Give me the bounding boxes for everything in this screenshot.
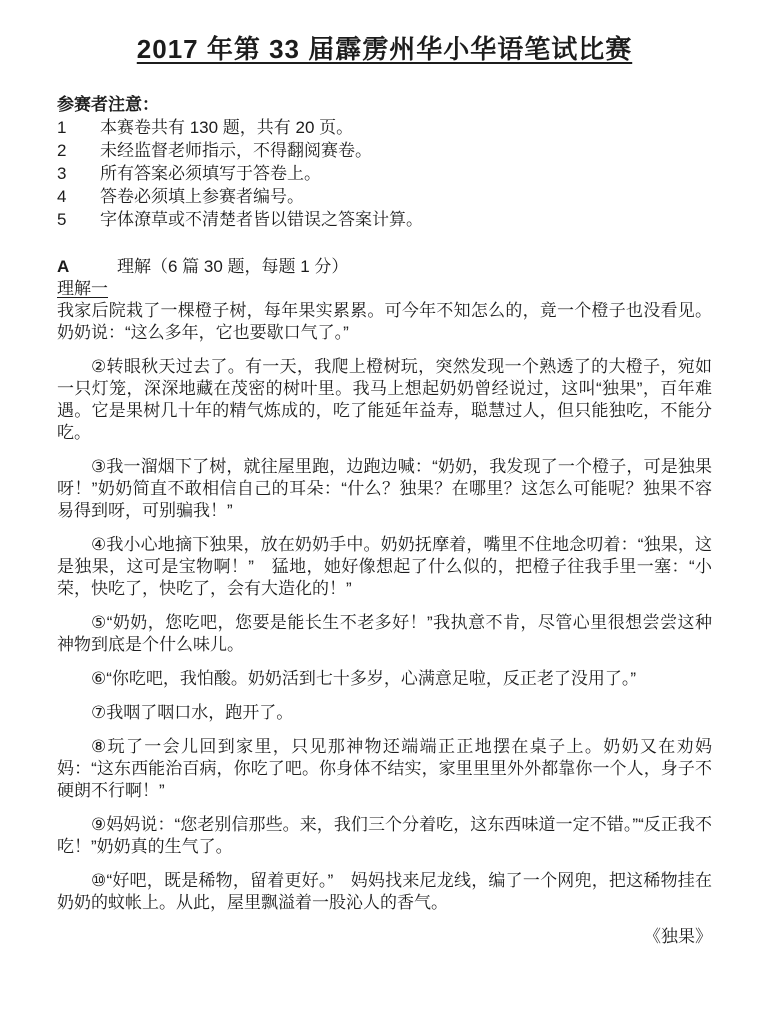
passage-paragraph: ⑩“好吧，既是稀物，留着更好。” 妈妈找来尼龙线，编了一个网兜，把这稀物挂在奶奶… xyxy=(57,870,712,914)
notes-header: 参赛者注意： xyxy=(57,94,712,116)
passage-paragraph: ④我小心地摘下独果，放在奶奶手中。奶奶抚摩着，嘴里不住地念叨着：“独果，这是独果… xyxy=(57,534,712,600)
passage-paragraph: ⑧玩了一会儿回到家里，只见那神物还端端正正地摆在桌子上。奶奶又在劝妈妈：“这东西… xyxy=(57,736,712,802)
note-number: 2 xyxy=(57,139,100,162)
note-text: 未经监督老师指示，不得翻阅赛卷。 xyxy=(100,139,712,162)
note-text: 答卷必须填上参赛者编号。 xyxy=(100,185,712,208)
note-item: 1 本赛卷共有 130 题，共有 20 页。 xyxy=(57,116,712,139)
passage-attribution: 《独果》 xyxy=(57,926,712,948)
section-title: 理解（6 篇 30 题，每题 1 分） xyxy=(117,257,348,276)
passage-paragraph: ⑨妈妈说：“您老别信那些。来，我们三个分着吃，这东西味道一定不错。”“反正我不吃… xyxy=(57,814,712,858)
note-item: 2 未经监督老师指示，不得翻阅赛卷。 xyxy=(57,139,712,162)
passage-paragraph: ②转眼秋天过去了。有一天，我爬上橙树玩，突然发现一个熟透了的大橙子，宛如一只灯笼… xyxy=(57,356,712,444)
note-number: 4 xyxy=(57,185,100,208)
note-text: 本赛卷共有 130 题，共有 20 页。 xyxy=(100,116,712,139)
passage-paragraph: 我家后院栽了一棵橙子树，每年果实累累。可今年不知怎么的，竟一个橙子也没看见。奶奶… xyxy=(57,300,712,344)
section-label: A xyxy=(57,256,117,278)
note-text: 所有答案必须填写于答卷上。 xyxy=(100,162,712,185)
section-heading: A理解（6 篇 30 题，每题 1 分） xyxy=(57,256,712,278)
notes-section: 参赛者注意： 1 本赛卷共有 130 题，共有 20 页。 2 未经监督老师指示… xyxy=(57,94,712,231)
document-title: 2017 年第 33 届霹雳州华小华语笔试比赛 xyxy=(57,34,712,64)
passage-paragraph: ⑥“你吃吧，我怕酸。奶奶活到七十多岁，心满意足啦，反正老了没用了。” xyxy=(57,668,712,690)
passage-paragraph: ③我一溜烟下了树，就往屋里跑，边跑边喊：“奶奶，我发现了一个橙子，可是独果呀！”… xyxy=(57,456,712,522)
note-item: 3 所有答案必须填写于答卷上。 xyxy=(57,162,712,185)
passage-heading: 理解一 xyxy=(57,278,712,300)
passage-paragraph: ⑤“奶奶，您吃吧，您要是能长生不老多好！”我执意不肯，尽管心里很想尝尝这种神物到… xyxy=(57,612,712,656)
passage-body: 我家后院栽了一棵橙子树，每年果实累累。可今年不知怎么的，竟一个橙子也没看见。奶奶… xyxy=(57,300,712,948)
document-page: 2017 年第 33 届霹雳州华小华语笔试比赛 参赛者注意： 1 本赛卷共有 1… xyxy=(0,0,768,1024)
note-text: 字体潦草或不清楚者皆以错误之答案计算。 xyxy=(100,208,712,231)
note-item: 5 字体潦草或不清楚者皆以错误之答案计算。 xyxy=(57,208,712,231)
note-number: 5 xyxy=(57,208,100,231)
note-number: 1 xyxy=(57,116,100,139)
note-number: 3 xyxy=(57,162,100,185)
passage-paragraph: ⑦我咽了咽口水，跑开了。 xyxy=(57,702,712,724)
note-item: 4 答卷必须填上参赛者编号。 xyxy=(57,185,712,208)
